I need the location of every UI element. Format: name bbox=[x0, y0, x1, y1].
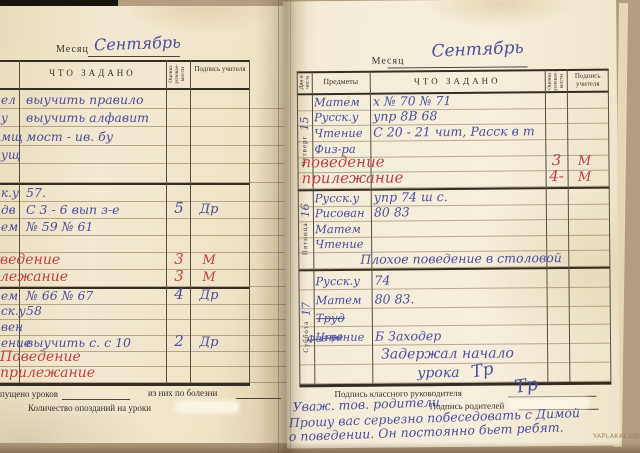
table-row-behavior: лежание3М bbox=[0, 270, 287, 287]
teacher-signature: М bbox=[191, 270, 227, 285]
missed-lessons-label: пущено уроков bbox=[0, 389, 58, 399]
right-page: Месяц Сентябрь Дни и числа Предметы ЧТО … bbox=[283, 0, 620, 448]
behavior-note: ведение bbox=[0, 252, 60, 268]
assignment-text: № 66 № 67 bbox=[26, 288, 93, 303]
subject-fragment: у bbox=[1, 111, 8, 125]
assignment-text: упр 74 ш с. bbox=[374, 189, 448, 205]
subject-fragment: мщ bbox=[1, 130, 23, 144]
table-row: ем№ 59 № 61 bbox=[0, 219, 287, 236]
column-header-subjects: Предметы bbox=[312, 78, 370, 86]
table-row-behavior: прилежание4-М bbox=[298, 171, 610, 189]
table-row: Плохое поведение в столовой bbox=[298, 251, 610, 269]
month-value-handwritten: Сентябрь bbox=[431, 38, 524, 62]
assignment-text: № 59 № 61 bbox=[26, 219, 93, 234]
assignment-text: выучить алфавит bbox=[26, 110, 149, 125]
month-label: Месяц bbox=[56, 44, 89, 55]
day-block: елвыучить правило увыучить алфавит мщмос… bbox=[0, 90, 287, 183]
subject: Чтение bbox=[316, 330, 365, 344]
teacher-signature-flourish: Тр bbox=[470, 359, 496, 383]
assignment-text: 74 bbox=[374, 272, 390, 287]
subject-fragment: к.у bbox=[1, 186, 19, 200]
blank-line bbox=[236, 398, 281, 399]
behavior-note: Поведение bbox=[0, 349, 81, 365]
assignment-text: С 20 - 21 чит, Расск в т bbox=[373, 123, 535, 139]
grade: 3 bbox=[168, 250, 190, 268]
page-crease bbox=[290, 0, 291, 453]
class-teacher-signature: Тр bbox=[513, 374, 539, 398]
teacher-signature: Др bbox=[191, 202, 227, 217]
day-block-friday: Русск.уупр 74 ш с. Рисован80 83 Матем Чт… bbox=[298, 189, 611, 270]
column-header-grade: Оценка успевае- мости bbox=[542, 70, 570, 91]
subject-fragment: ск.у bbox=[1, 304, 26, 318]
subject: Чтение bbox=[314, 126, 363, 140]
subject-fragment: ел bbox=[1, 93, 16, 107]
page-crease bbox=[278, 0, 279, 453]
grade: 3 bbox=[168, 267, 190, 285]
assignment-text: упр 8В 68 bbox=[373, 108, 437, 124]
table-row: к.у57. bbox=[0, 185, 287, 202]
blank-line bbox=[62, 399, 130, 400]
watermark: YAPLAKAL.COM bbox=[593, 434, 640, 440]
subject: Чтение bbox=[315, 237, 364, 251]
subject: Русск.у bbox=[315, 190, 360, 204]
table-top-border bbox=[0, 60, 250, 62]
subject: Матем bbox=[314, 94, 360, 108]
left-page: Месяц Сентябрь ЧТО ЗАДАНО Оценка успевае… bbox=[0, 6, 287, 443]
grade: 2 bbox=[168, 332, 190, 350]
column-header-teacher-sign: Подпись учителя bbox=[192, 66, 248, 74]
table-bottom-border bbox=[0, 383, 250, 386]
teacher-remark: Плохое поведение в столовой bbox=[360, 250, 562, 267]
assignment-text: Б Заходер bbox=[375, 328, 441, 344]
assignment-text: мост - ив. бу bbox=[26, 129, 113, 144]
subject-fragment: ущ bbox=[1, 148, 20, 162]
subject: Русск.у bbox=[315, 274, 360, 288]
table-row: урокаТр bbox=[299, 363, 611, 385]
assignment-text: выучить с. с 10 bbox=[26, 335, 131, 350]
grade: 5 bbox=[168, 199, 190, 217]
month-underline bbox=[88, 56, 180, 57]
subject: Русск.у bbox=[314, 110, 359, 124]
table-row: ущ bbox=[0, 146, 287, 165]
teacher-signature: Др bbox=[191, 335, 227, 350]
scan-bottom-shadow bbox=[0, 442, 640, 453]
table-row: елвыучить правило bbox=[0, 90, 287, 109]
teacher-signature: М bbox=[191, 253, 227, 268]
late-count-label: Количество опозданий на уроки bbox=[28, 403, 151, 413]
column-header-assigned: ЧТО ЗАДАНО bbox=[19, 68, 166, 78]
behavior-note: прилежание bbox=[0, 365, 95, 381]
subject-fragment: ем bbox=[1, 289, 18, 303]
month-value-handwritten: Сентябрь bbox=[94, 32, 181, 54]
column-header-grade-text: Оценка успевае- мости bbox=[547, 67, 565, 95]
column-header-grade-text: Оценка успевае- мости bbox=[168, 59, 186, 89]
table-row-behavior: ведение3М bbox=[0, 253, 287, 270]
subject-fragment: вен bbox=[1, 320, 23, 334]
table-row: ск.у58 bbox=[0, 305, 287, 321]
erased-smudge bbox=[176, 402, 238, 412]
behavior-note: лежание bbox=[0, 269, 68, 285]
subject-fragment: ем bbox=[1, 220, 18, 234]
assignment-text: С 3 - 6 вып з-е bbox=[26, 202, 120, 217]
table-row: ем№ 66 № 674Др bbox=[0, 289, 287, 305]
table-row: вен bbox=[0, 320, 287, 336]
table-row bbox=[0, 236, 287, 253]
column-header-teacher-sign: Подпись учителя bbox=[569, 73, 607, 88]
month-label: Месяц bbox=[372, 55, 405, 66]
assignment-text: 80 83. bbox=[375, 291, 415, 306]
behavior-note: прилежание bbox=[302, 169, 404, 188]
table-row: увыучить алфавит bbox=[0, 109, 287, 128]
assignment-text: 80 83 bbox=[374, 205, 410, 220]
column-header-assigned: ЧТО ЗАДАНО bbox=[370, 75, 545, 87]
table-row: двС 3 - 6 вып з-е5Др bbox=[0, 202, 287, 219]
day-block-saturday: Русск.у74 Матем80 83. Труд Физ-раЧтениеБ… bbox=[298, 269, 611, 384]
diary-scan: Месяц Сентябрь ЧТО ЗАДАНО Оценка успевае… bbox=[0, 0, 640, 453]
subject: Матем bbox=[315, 222, 361, 236]
day-block: к.у57. двС 3 - 6 вып з-е5Др ем№ 59 № 61 … bbox=[0, 185, 287, 287]
teacher-signature: М bbox=[567, 154, 601, 169]
assignment-text: 58 bbox=[26, 303, 42, 318]
assignment-text: выучить правило bbox=[26, 92, 143, 107]
teacher-remark: Задержал начало bbox=[381, 345, 514, 362]
table-row: мщмост - ив. бу bbox=[0, 127, 287, 146]
column-header-days-text: Дни и числа bbox=[298, 71, 310, 93]
sick-lessons-label: из них по болезни bbox=[148, 388, 217, 398]
month-underline bbox=[388, 66, 528, 68]
teacher-remark: урока bbox=[417, 365, 459, 381]
subject-crossed-out: Труд bbox=[316, 311, 345, 325]
day-block-thursday: Матемх № 70 № 71 Русск.уупр 8В 68 Чтение… bbox=[297, 93, 610, 190]
assignment-text: 57. bbox=[26, 185, 46, 200]
grade: 4- bbox=[546, 167, 568, 185]
subject: Матем bbox=[316, 292, 362, 306]
teacher-signature: Др bbox=[191, 288, 227, 303]
column-header-grade: Оценка успевае- мости bbox=[162, 62, 192, 86]
assignment-text: х № 70 № 71 bbox=[373, 93, 452, 109]
subject: Рисован bbox=[315, 206, 365, 220]
day-block: ем№ 66 № 674Др ск.у58 вен ениевыучить с.… bbox=[0, 289, 287, 383]
teacher-signature: М bbox=[568, 170, 602, 185]
table-row bbox=[0, 164, 287, 183]
subject-fragment: дв bbox=[1, 203, 16, 217]
grade: 4 bbox=[168, 285, 190, 303]
table-row-behavior: прилежание bbox=[0, 367, 287, 383]
